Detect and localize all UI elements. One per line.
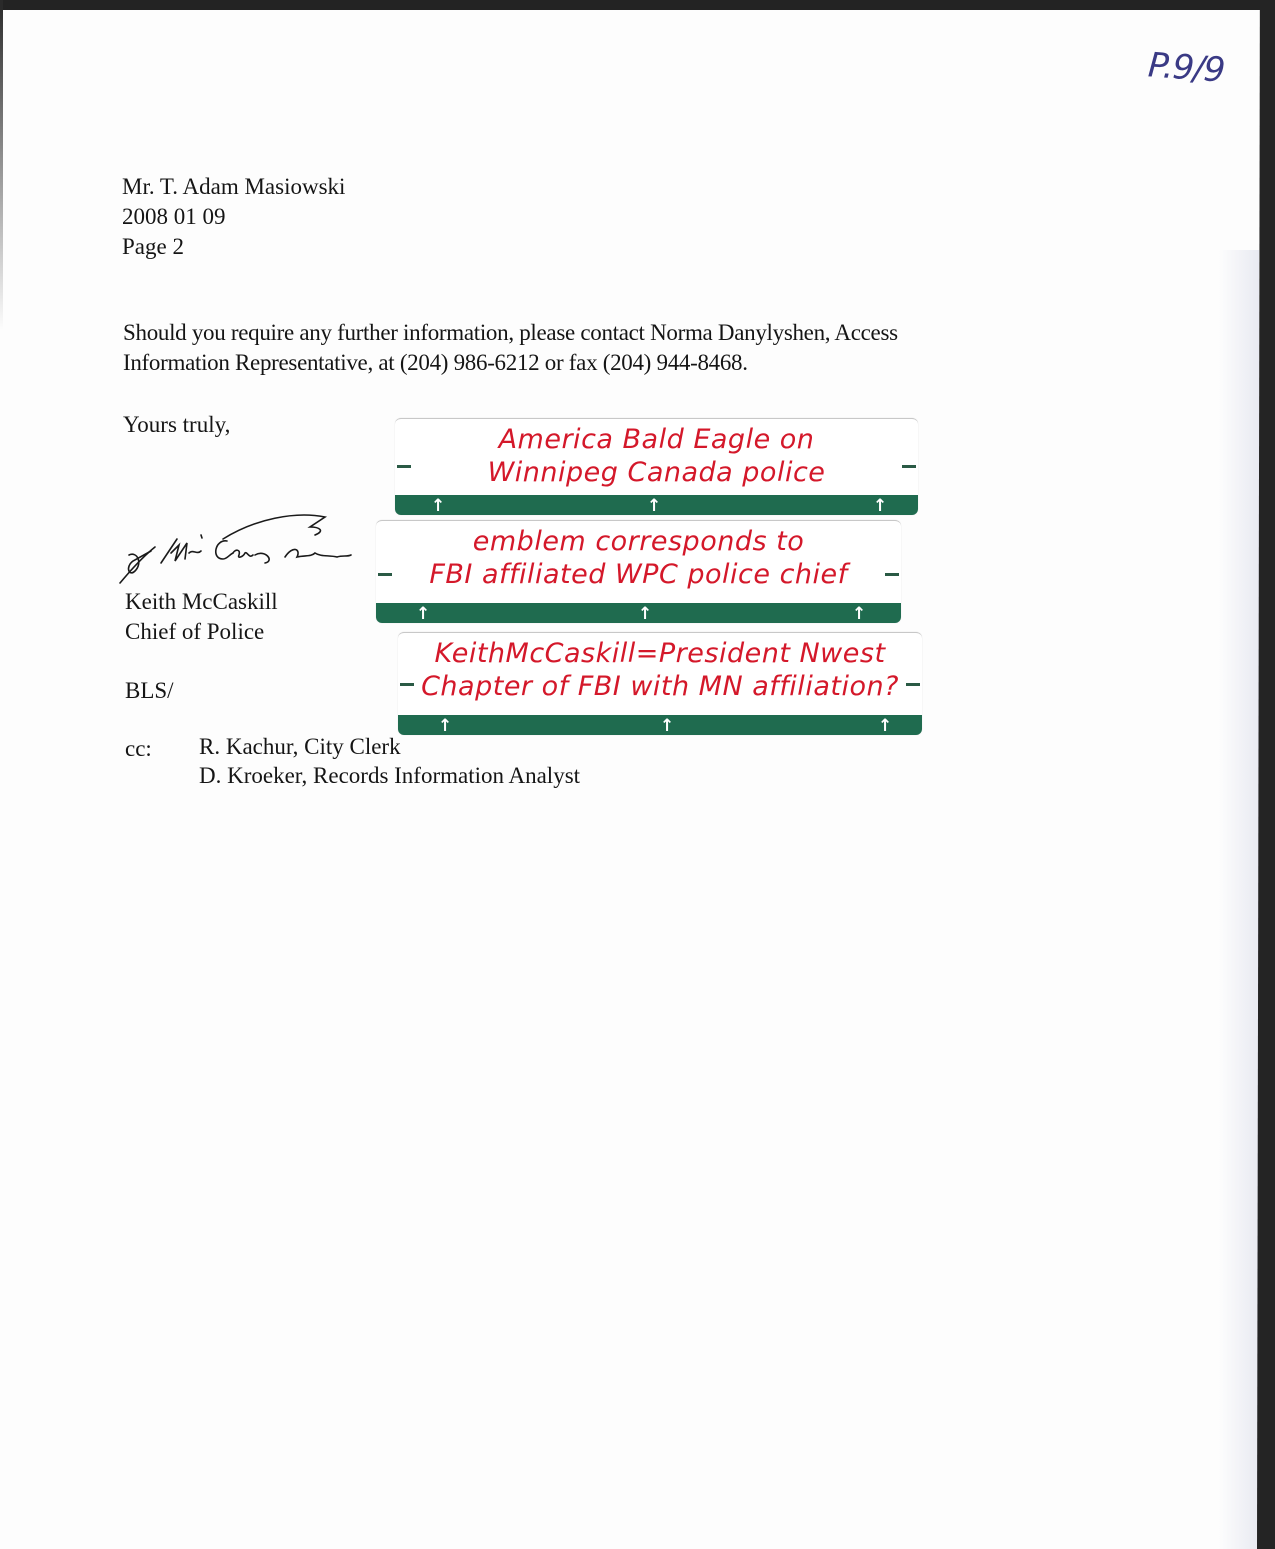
sticky-label-annotation: emblem corresponds to FBI affiliated WPC… [376,520,901,623]
arrow-up-icon: ↑ [438,717,452,735]
cc-label: cc: [125,734,152,764]
annotation-line: Winnipeg Canada police [395,456,918,489]
scan-border-right [1257,0,1275,1549]
sticky-label-annotation: KeithMcCaskill=President Nwest Chapter o… [398,632,922,735]
arrow-up-icon: ↑ [638,605,652,623]
arrow-up-icon: ↑ [416,605,430,623]
signer-title: Chief of Police [125,617,278,647]
signature-block: Keith McCaskill Chief of Police [125,587,278,647]
sticky-label-annotation: America Bald Eagle on Winnipeg Canada po… [395,418,918,515]
closing: Yours truly, [123,410,230,440]
scan-border-left [0,0,3,330]
annotation-line: emblem corresponds to [376,525,901,558]
page-number-note: P.9/9 [1147,45,1226,90]
annotation-line: America Bald Eagle on [395,423,918,456]
handwritten-annotation: emblem corresponds to FBI affiliated WPC… [376,525,901,591]
scan-border-top [0,0,1275,10]
arrow-up-icon: ↑ [647,497,661,515]
paragraph-line-2: Information Representative, at (204) 986… [123,350,748,375]
label-tick-mark [378,573,392,576]
cc-recipient: R. Kachur, City Clerk [199,732,580,761]
arrow-up-icon: ↑ [852,605,866,623]
letter-header: Mr. T. Adam Masiowski 2008 01 09 Page 2 [122,172,345,262]
cc-list: R. Kachur, City Clerk D. Kroeker, Record… [199,732,580,790]
handwritten-annotation: KeithMcCaskill=President Nwest Chapter o… [398,637,922,703]
arrow-up-icon: ↑ [873,497,887,515]
cc-recipient: D. Kroeker, Records Information Analyst [199,761,580,790]
typist-initials: BLS/ [125,676,174,706]
annotation-line: KeithMcCaskill=President Nwest [398,637,922,670]
page-label: Page 2 [122,232,345,262]
signer-name: Keith McCaskill [125,587,278,617]
arrow-up-icon: ↑ [878,717,892,735]
annotation-line: Chapter of FBI with MN affiliation? [398,670,922,703]
letter-date: 2008 01 09 [122,202,345,232]
arrow-up-icon: ↑ [431,497,445,515]
label-tick-mark [885,573,899,576]
recipient: Mr. T. Adam Masiowski [122,172,345,202]
contact-paragraph: Should you require any further informati… [123,318,1085,378]
label-tick-mark [400,683,414,686]
label-tick-mark [906,683,920,686]
arrow-up-icon: ↑ [660,717,674,735]
scan-shadow-right [1219,250,1259,1549]
handwritten-annotation: America Bald Eagle on Winnipeg Canada po… [395,423,918,489]
label-tick-mark [397,465,411,468]
paragraph-line-1: Should you require any further informati… [123,320,898,345]
annotation-line: FBI affiliated WPC police chief [376,558,901,591]
label-tick-mark [902,465,916,468]
handwritten-signature [115,505,355,590]
